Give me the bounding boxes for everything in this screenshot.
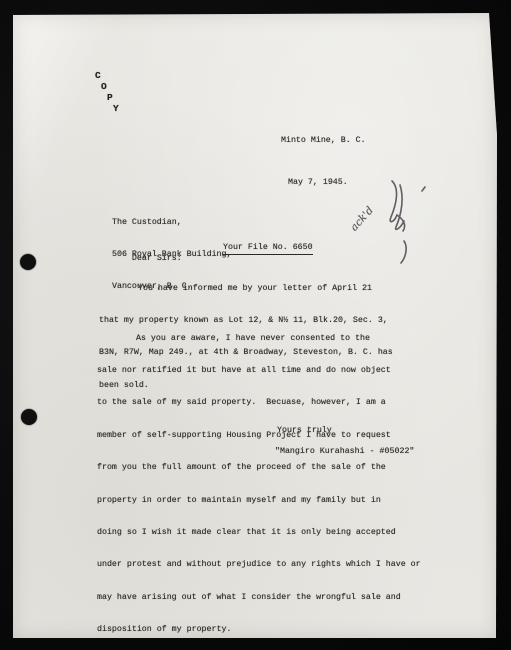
body-line: property in order to maintain myself and…	[97, 496, 433, 507]
body-line: sale nor ratified it but have at all tim…	[97, 366, 433, 377]
letter-page: C O P Y Minto Mine, B. C. May 7, 1945. a…	[13, 13, 497, 638]
file-reference: Your File No. 6650	[223, 243, 313, 255]
signature-line: "Mangiro Kurahashi - #05022"	[275, 447, 414, 458]
hole-punch-mark	[20, 254, 36, 270]
body-line: under protest and without prejudice to a…	[97, 560, 433, 571]
dateline-place: Minto Mine, B. C.	[281, 136, 366, 147]
body-line: doing so I wish it made clear that it is…	[97, 528, 433, 539]
body-line: may have arising out of what I consider …	[97, 593, 433, 604]
valediction: Yours truly	[277, 426, 332, 437]
copy-stamp-letter: Y	[113, 103, 119, 114]
body-line: from you the full amount of the proceed …	[97, 463, 433, 474]
body-line: member of self-supporting Housing Projec…	[97, 431, 433, 442]
copy-stamp-letter: O	[101, 81, 107, 92]
body-line: disposition of my property.	[97, 625, 433, 636]
body-paragraph-2: As you are aware, I have never consented…	[97, 312, 433, 650]
hole-punch-mark	[21, 409, 37, 425]
body-line: As you are aware, I have never consented…	[97, 334, 433, 345]
body-line: You have informed me by your letter of A…	[99, 284, 435, 295]
copy-stamp-letter: P	[107, 92, 113, 103]
copy-stamp-letter: C	[95, 70, 101, 81]
body-line: to the sale of my said property. Becuase…	[97, 398, 433, 409]
recipient-line: The Custodian,	[112, 218, 232, 229]
